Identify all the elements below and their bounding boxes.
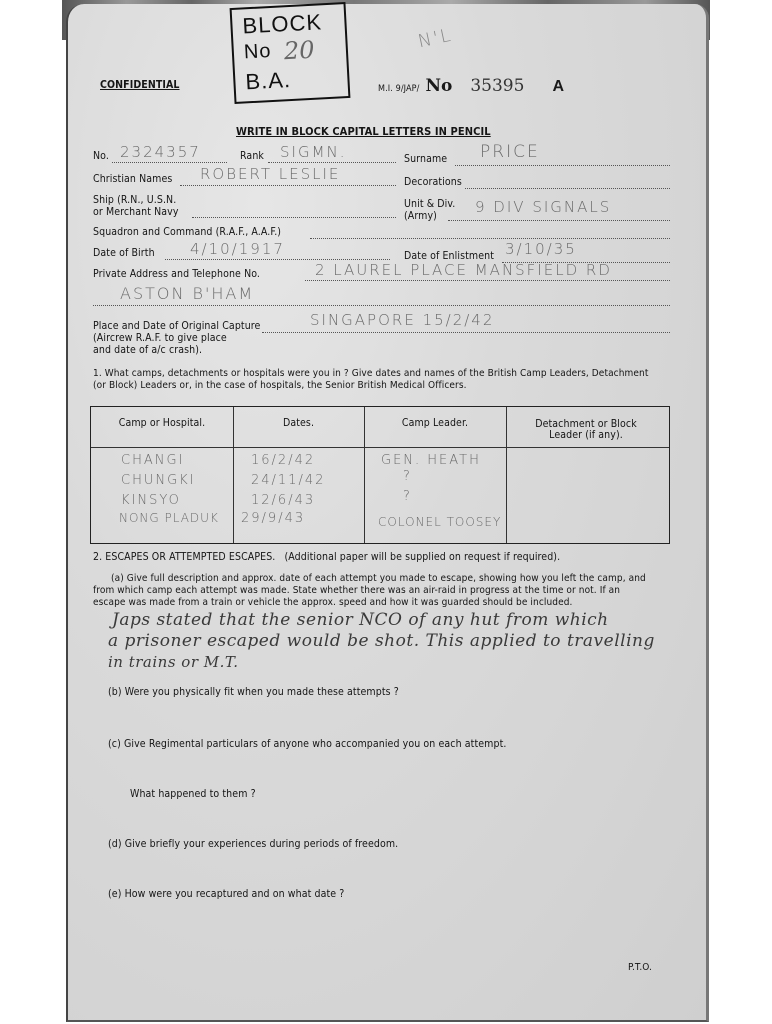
rank-label: Rank (240, 150, 264, 162)
block-stamp: BLOCK No 20 B.A. (230, 2, 351, 104)
table-row-3-camp: NONG PLADUK (119, 511, 219, 525)
table-row-0-camp: CHANGI (121, 453, 184, 468)
dob-label: Date of Birth (93, 247, 155, 259)
decorations-label: Decorations (404, 176, 462, 188)
address-value-line1[interactable]: 2 LAUREL PLACE MANSFIELD RD (315, 261, 612, 279)
stamp-no-label: No (243, 40, 272, 64)
address-value-line2[interactable]: ASTON B'HAM (120, 284, 254, 303)
christian-names-label: Christian Names (93, 173, 172, 185)
question-2e: (e) How were you recaptured and on what … (108, 888, 344, 900)
christian-names-value[interactable]: ROBERT LESLIE (200, 165, 340, 183)
reference-number: M.I. 9/JAP/ No 35395 A (378, 76, 564, 96)
question-2a-answer[interactable]: Japs stated that the senior NCO of any h… (112, 610, 702, 673)
stamp-ba-label: B.A. (245, 67, 292, 95)
table-row-0-leader: GEN. HEATH (381, 453, 481, 468)
header-detachment: Detachment or Block Leader (if any). (531, 419, 641, 441)
unit-label: Unit & Div.(Army) (404, 198, 455, 222)
reference-serial: 35395 (470, 76, 524, 96)
table-row-1-leader: ? (403, 469, 412, 484)
pto-label: P.T.O. (628, 962, 652, 973)
reference-prefix: M.I. 9/JAP/ (378, 84, 419, 94)
question-1: 1. What camps, detachments or hospitals … (93, 368, 673, 392)
table-row-1-date: 24/11/42 (251, 473, 325, 488)
table-row-3-leader: COLONEL TOOSEY (378, 515, 501, 529)
question-2c: (c) Give Regimental particulars of anyon… (108, 738, 506, 750)
confidential-label: CONFIDENTIAL (100, 79, 180, 91)
question-2c-followup: What happened to them ? (130, 788, 256, 800)
enlistment-value[interactable]: 3/10/35 (505, 240, 577, 258)
header-camp-leader: Camp Leader. (364, 417, 506, 429)
instruction-heading: WRITE IN BLOCK CAPITAL LETTERS IN PENCIL (236, 125, 491, 138)
table-row-0-date: 16/2/42 (251, 453, 315, 468)
service-number-label: No. (93, 150, 109, 162)
unit-value[interactable]: 9 DIV SIGNALS (475, 198, 611, 216)
ship-label: Ship (R.N., U.S.N.or Merchant Navy (93, 194, 179, 218)
table-row-3-date: 29/9/43 (241, 511, 305, 526)
reference-suffix: A (552, 78, 564, 96)
question-2d: (d) Give briefly your experiences during… (108, 838, 398, 850)
table-row-1-camp: CHUNGKI (121, 473, 196, 488)
header-dates: Dates. (233, 417, 364, 429)
reference-no-label: No (425, 76, 452, 96)
camps-table: Camp or Hospital. Dates. Camp Leader. De… (90, 406, 670, 544)
table-row-2-date: 12/6/43 (251, 493, 315, 508)
squadron-label: Squadron and Command (R.A.F., A.A.F.) (93, 226, 281, 238)
capture-label: Place and Date of Original Capture(Aircr… (93, 320, 260, 356)
question-2b: (b) Were you physically fit when you mad… (108, 686, 399, 698)
surname-value[interactable]: PRICE (480, 142, 540, 162)
table-row-2-leader: ? (403, 489, 412, 504)
surname-label: Surname (404, 153, 447, 165)
stamp-block-number: 20 (283, 36, 315, 66)
address-label: Private Address and Telephone No. (93, 268, 260, 280)
rank-value[interactable]: SIGMN. (280, 143, 347, 161)
question-2-heading: 2. ESCAPES OR ATTEMPTED ESCAPES. (Additi… (93, 551, 560, 563)
capture-value[interactable]: SINGAPORE 15/2/42 (310, 311, 494, 329)
dob-value[interactable]: 4/10/1917 (190, 240, 285, 258)
header-camp: Camp or Hospital. (91, 417, 233, 429)
table-row-2-camp: KINSYO (121, 493, 181, 508)
service-number-value[interactable]: 2324357 (120, 143, 201, 161)
question-2a: (a) Give full description and approx. da… (93, 573, 693, 609)
